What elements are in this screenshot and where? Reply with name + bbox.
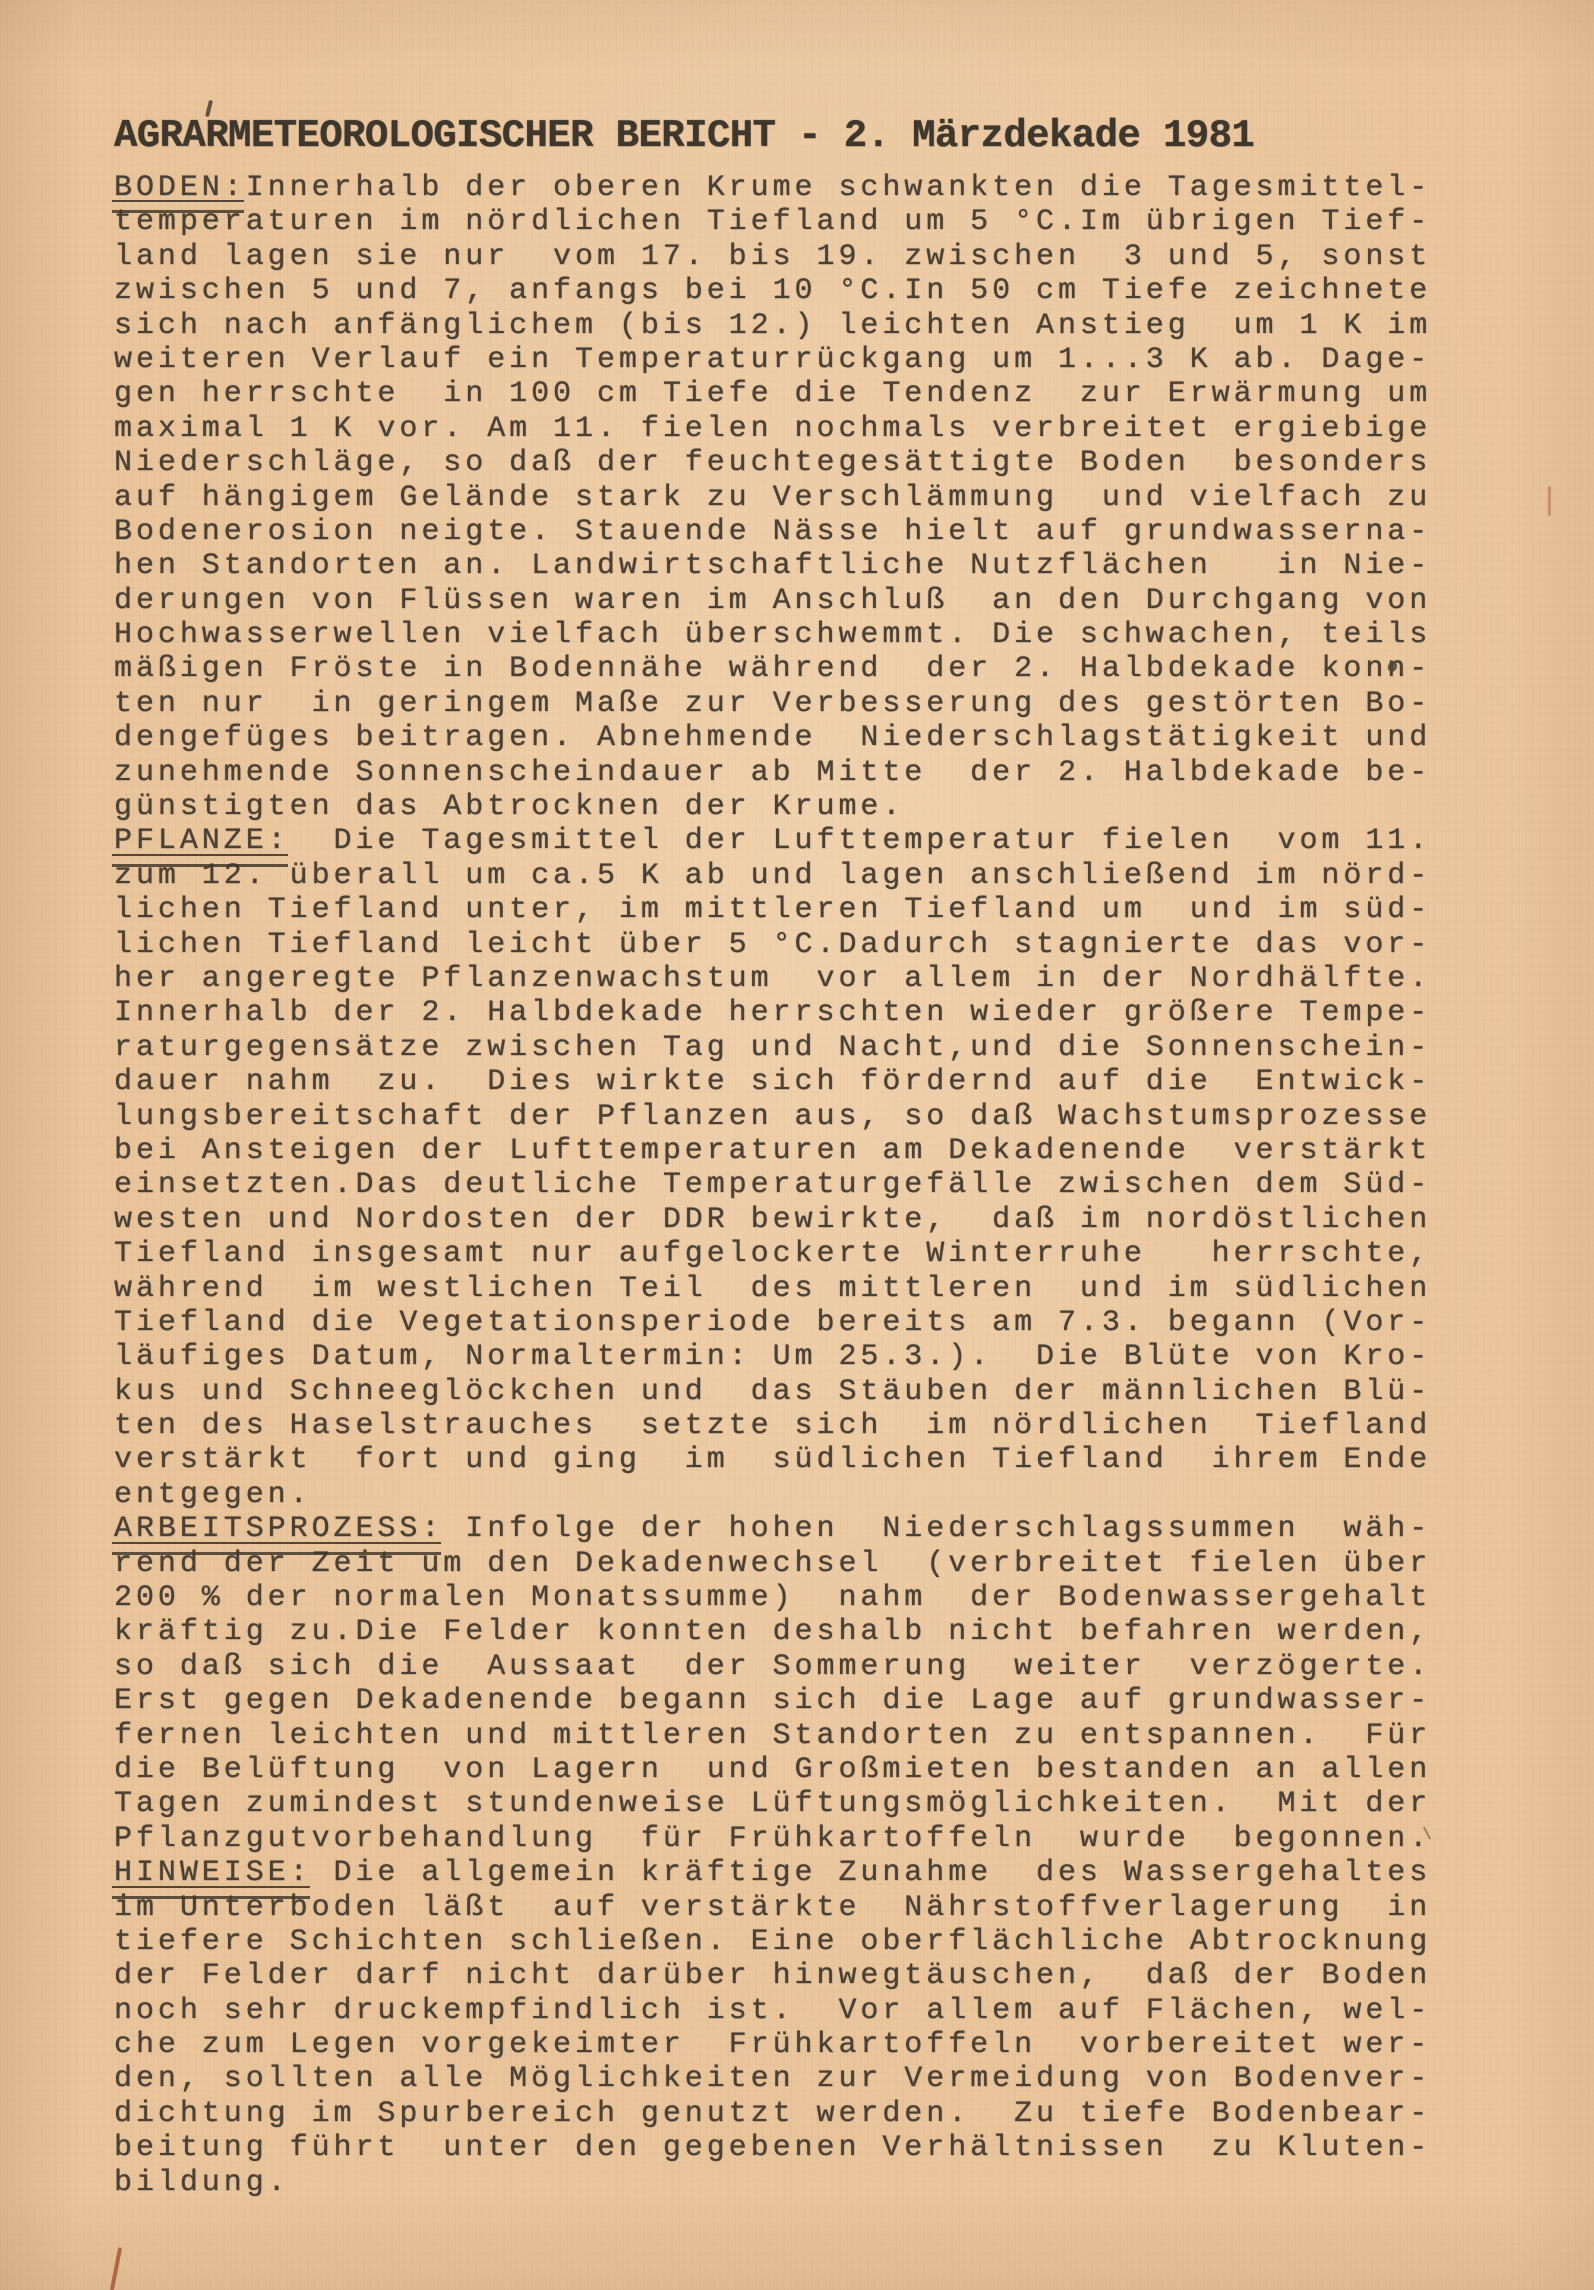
text-line: verstärkt fort und ging im südlichen Tie… [114, 1443, 1431, 1477]
text-line: Tagen zumindest stundenweise Lüftungsmög… [114, 1787, 1431, 1821]
section-boden: BODEN:Innerhalb der oberen Krume schwank… [114, 171, 1431, 824]
text-line: her angeregte Pflanzenwachstum vor allem… [114, 962, 1431, 996]
text-line: mäßigen Fröste in Bodennähe während der … [114, 652, 1431, 686]
text-line: lichen Tiefland unter, im mittleren Tief… [114, 893, 1431, 927]
report-title: AGRARMETEOROLOGISCHER BERICHT - 2. Märzd… [114, 114, 1254, 158]
section-heading-hinweise: HINWEISE: [114, 1856, 312, 1890]
red-pencil-tick [1548, 486, 1551, 516]
text-line: Pflanzgutvorbehandlung für Frühkartoffel… [114, 1822, 1431, 1856]
text-line: land lagen sie nur vom 17. bis 19. zwisc… [114, 240, 1431, 274]
text-line: während im westlichen Teil des mittleren… [114, 1272, 1431, 1306]
text-line: dichtung im Spurbereich genutzt werden. … [114, 2097, 1431, 2131]
text-line: im Unterboden läßt auf verstärkte Nährst… [114, 1891, 1431, 1925]
text-line: entgegen. [114, 1478, 1431, 1512]
text-line: Niederschläge, so daß der feuchtegesätti… [114, 446, 1431, 480]
red-pencil-slash [110, 2247, 122, 2290]
text-line: einsetzten.Das deutliche Temperaturgefäl… [114, 1168, 1431, 1202]
text-line: der Felder darf nicht darüber hinwegtäus… [114, 1959, 1431, 1993]
text-line: den, sollten alle Möglichkeiten zur Verm… [114, 2062, 1431, 2096]
section-hinweise: HINWEISE: Die allgemein kräftige Zunahme… [114, 1856, 1431, 2200]
text-line: noch sehr druckempfindlich ist. Vor alle… [114, 1994, 1431, 2028]
text-line: lichen Tiefland leicht über 5 °C.Dadurch… [114, 928, 1431, 962]
text-line: dengefüges beitragen. Abnehmende Nieders… [114, 721, 1431, 755]
text-line: PFLANZE: Die Tagesmittel der Lufttempera… [114, 824, 1431, 858]
text-line: Innerhalb der 2. Halbdekade herrschten w… [114, 996, 1431, 1030]
report-body: BODEN:Innerhalb der oberen Krume schwank… [114, 171, 1431, 2200]
scanned-report-page: AGRARMETEOROLOGISCHER BERICHT - 2. Märzd… [0, 0, 1594, 2290]
text-line: gen herrschte in 100 cm Tiefe die Tenden… [114, 377, 1431, 411]
text-line: hen Standorten an. Landwirtschaftliche N… [114, 549, 1431, 583]
text-line: BODEN:Innerhalb der oberen Krume schwank… [114, 171, 1431, 205]
text-line: bildung. [114, 2166, 1431, 2200]
text-line: so daß sich die Aussaat der Sommerung we… [114, 1650, 1431, 1684]
text-line: zunehmende Sonnenscheindauer ab Mitte de… [114, 756, 1431, 790]
text-line: derungen von Flüssen waren im Anschluß a… [114, 584, 1431, 618]
text-line: kräftig zu.Die Felder konnten deshalb ni… [114, 1615, 1431, 1649]
text-line: Tiefland die Vegetationsperiode bereits … [114, 1306, 1431, 1340]
text-line: tiefere Schichten schließen. Eine oberfl… [114, 1925, 1431, 1959]
text-line: raturgegensätze zwischen Tag und Nacht,u… [114, 1031, 1431, 1065]
text-line: HINWEISE: Die allgemein kräftige Zunahme… [114, 1856, 1431, 1890]
text-line: dauer nahm zu. Dies wirkte sich fördernd… [114, 1065, 1431, 1099]
text-line: günstigten das Abtrocknen der Krume. [114, 790, 1431, 824]
text-line: temperaturen im nördlichen Tiefland um 5… [114, 205, 1431, 239]
section-heading-pflanze: PFLANZE: [114, 824, 290, 858]
section-pflanze: PFLANZE: Die Tagesmittel der Lufttempera… [114, 824, 1431, 1512]
text-line: lungsbereitschaft der Pflanzen aus, so d… [114, 1100, 1431, 1134]
text-line: ten nur in geringem Maße zur Verbesserun… [114, 687, 1431, 721]
section-heading-boden: BODEN: [114, 171, 246, 205]
text-line: che zum Legen vorgekeimter Frühkartoffel… [114, 2028, 1431, 2062]
text-line: läufiges Datum, Normaltermin: Um 25.3.).… [114, 1340, 1431, 1374]
text-line: westen und Nordosten der DDR bewirkte, d… [114, 1203, 1431, 1237]
text-line: kus und Schneeglöckchen und das Stäuben … [114, 1375, 1431, 1409]
text-line: ten des Haselstrauches setzte sich im nö… [114, 1409, 1431, 1443]
text-line: ARBEITSPROZESS: Infolge der hohen Nieder… [114, 1512, 1431, 1546]
text-line: Bodenerosion neigte. Stauende Nässe hiel… [114, 515, 1431, 549]
section-arbeitsprozess: ARBEITSPROZESS: Infolge der hohen Nieder… [114, 1512, 1431, 1856]
text-line: weiteren Verlauf ein Temperaturrückgang … [114, 343, 1431, 377]
text-line: maximal 1 K vor. Am 11. fielen nochmals … [114, 412, 1431, 446]
text-line: Tiefland insgesamt nur aufgelockerte Win… [114, 1237, 1431, 1271]
text-line: die Belüftung von Lagern und Großmieten … [114, 1753, 1431, 1787]
text-line: beitung führt unter den gegebenen Verhäl… [114, 2131, 1431, 2165]
text-line: bei Ansteigen der Lufttemperaturen am De… [114, 1134, 1431, 1168]
text-line: 200 % der normalen Monatssumme) nahm der… [114, 1581, 1431, 1615]
text-line: auf hängigem Gelände stark zu Verschlämm… [114, 481, 1431, 515]
text-line: zwischen 5 und 7, anfangs bei 10 °C.In 5… [114, 274, 1431, 308]
text-line: sich nach anfänglichem (bis 12.) leichte… [114, 309, 1431, 343]
text-line: Erst gegen Dekadenende begann sich die L… [114, 1684, 1431, 1718]
text-line: fernen leichten und mittleren Standorten… [114, 1719, 1431, 1753]
section-heading-arbeitsprozess: ARBEITSPROZESS: [114, 1512, 443, 1546]
text-line: zum 12. überall um ca.5 K ab und lagen a… [114, 859, 1431, 893]
text-line: Hochwasserwellen vielfach überschwemmt. … [114, 618, 1431, 652]
